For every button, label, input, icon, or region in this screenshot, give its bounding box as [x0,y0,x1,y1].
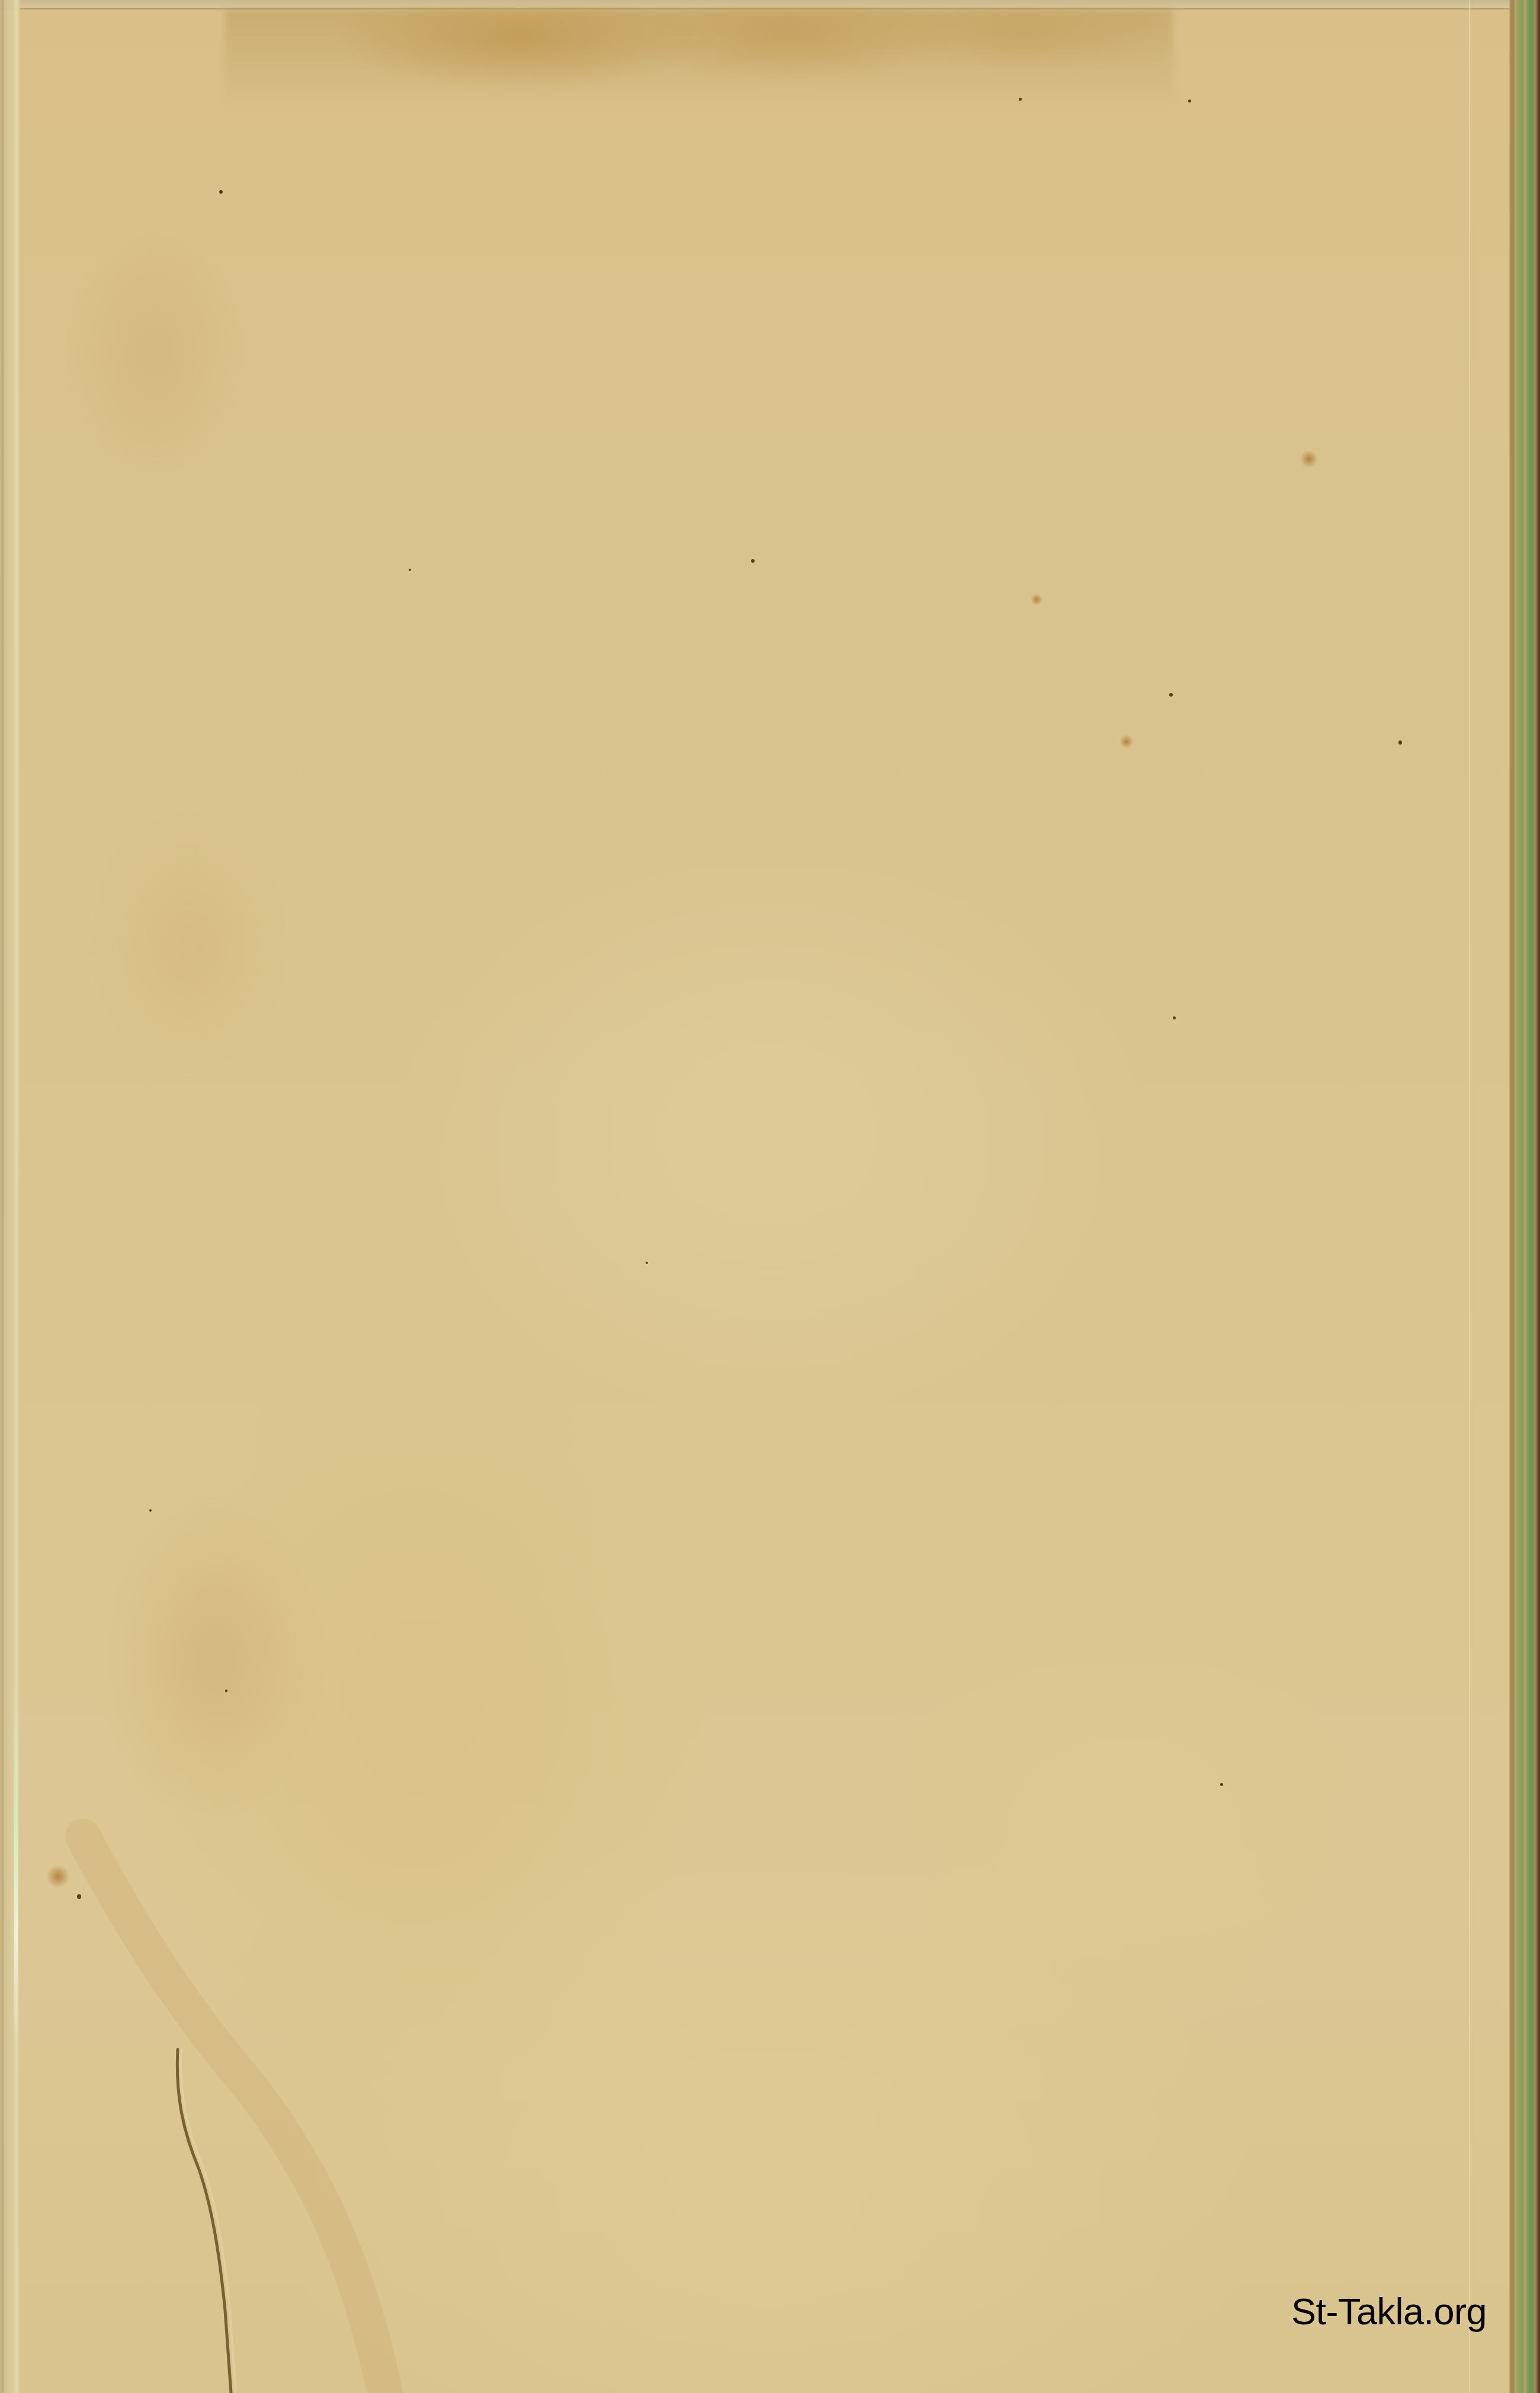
top-page-edge [0,0,1540,9]
dirt-speck [1188,100,1191,102]
dirt-speck [1169,693,1173,697]
dirt-speck [646,1262,648,1264]
dirt-speck [1220,1783,1223,1786]
dirt-speck [751,559,755,563]
dirt-speck [1173,1016,1176,1019]
foxing-spot [46,1865,70,1888]
dirt-speck [225,1689,227,1692]
dirt-speck [219,190,223,194]
dirt-speck [1398,740,1402,745]
foxing-spot [1300,450,1318,468]
side-water-stains [36,178,344,1955]
green-book-block-edge [1509,0,1540,2393]
dirt-speck [149,1509,152,1512]
dirt-speck [1019,98,1022,101]
dirt-speck [77,1894,81,1899]
top-water-stain [225,9,1173,110]
right-page-edge-line [1469,0,1470,2393]
foxing-spot [1031,594,1042,605]
scanned-book-page: St-Takla.org [0,0,1540,2393]
foxing-spot [1119,734,1134,749]
site-watermark: St-Takla.org [1291,2293,1487,2331]
dirt-speck [409,569,411,571]
left-gloss-highlight [14,1688,18,2044]
